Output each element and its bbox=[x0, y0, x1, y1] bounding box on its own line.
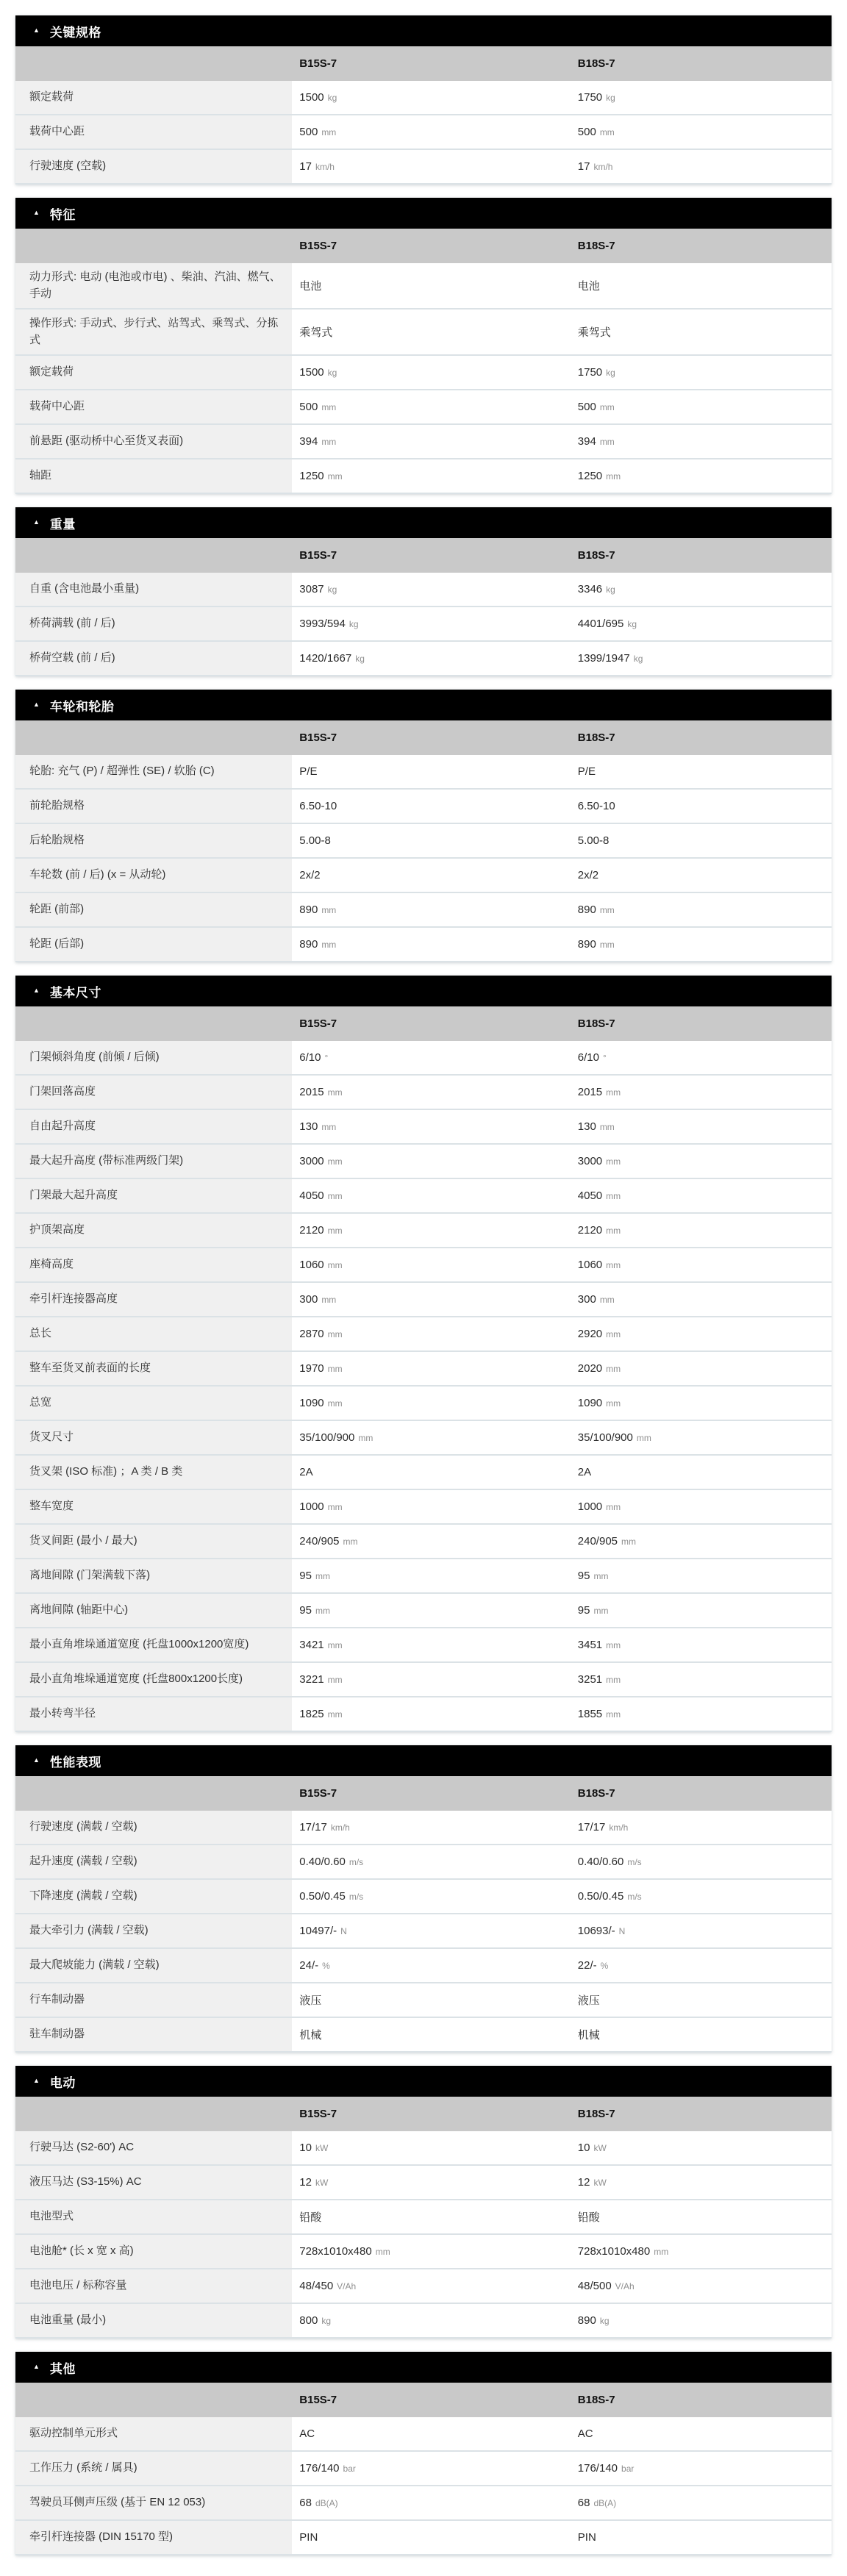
spec-value-model-2: 890mm bbox=[571, 893, 832, 926]
spec-label-cell: 驾驶员耳侧声压级 (基于 EN 12 053) bbox=[15, 2486, 292, 2519]
spec-label-cell: 最大牵引力 (满载 / 空载) bbox=[15, 1914, 292, 1947]
spec-label: 载荷中心距 bbox=[29, 398, 85, 415]
spec-row: 行驶马达 (S2-60') AC 10kW 10kW bbox=[15, 2131, 832, 2166]
collapse-arrow-icon: ▲ bbox=[33, 2078, 40, 2084]
spec-label-cell: 后轮胎规格 bbox=[15, 824, 292, 857]
column-header-model-2: B18S-7 bbox=[571, 538, 832, 573]
spec-label-cell: 最大爬坡能力 (满载 / 空载) bbox=[15, 1949, 292, 1982]
spec-value: 95 bbox=[299, 1570, 312, 1582]
spec-label: 货叉尺寸 bbox=[29, 1429, 74, 1446]
spec-label: 行车制动器 bbox=[29, 1992, 85, 2008]
spec-unit: mm bbox=[621, 1536, 636, 1547]
spec-row: 离地间隙 (轴距中心) 95mm 95mm bbox=[15, 1594, 832, 1628]
spec-label-cell: 牵引杆连接器高度 bbox=[15, 1283, 292, 1316]
spec-value: 95 bbox=[578, 1570, 590, 1582]
spec-row: 前悬距 (驱动桥中心至货叉表面) 394mm 394mm bbox=[15, 425, 832, 459]
spec-value: 1750 bbox=[578, 366, 602, 379]
spec-value-model-2: 2015mm bbox=[571, 1076, 832, 1109]
spec-unit: N bbox=[340, 1926, 347, 1936]
spec-unit: mm bbox=[606, 1398, 621, 1409]
spec-value-model-1: 1420/1667kg bbox=[292, 642, 571, 675]
spec-unit: mm bbox=[321, 127, 336, 137]
spec-value: 6/10 bbox=[299, 1051, 321, 1064]
spec-value-model-1: 4050mm bbox=[292, 1179, 571, 1212]
spec-row: 行驶速度 (空载) 17km/h 17km/h bbox=[15, 150, 832, 185]
column-header-row: B15S-7 B18S-7 bbox=[15, 2097, 832, 2131]
column-header-model-1: B15S-7 bbox=[292, 1776, 571, 1811]
section-rows: 轮胎: 充气 (P) / 超弹性 (SE) / 软胎 (C) P/E P/E 前… bbox=[15, 755, 832, 962]
spec-label-cell: 前轮胎规格 bbox=[15, 790, 292, 823]
spec-unit: % bbox=[322, 1961, 330, 1971]
spec-value-model-2: 机械 bbox=[571, 2018, 832, 2051]
spec-value: 300 bbox=[578, 1293, 596, 1306]
spec-unit: mm bbox=[600, 905, 615, 915]
spec-row: 总长 2870mm 2920mm bbox=[15, 1317, 832, 1352]
spec-value-model-1: 240/905mm bbox=[292, 1525, 571, 1558]
spec-row: 起升速度 (满载 / 空载) 0.40/0.60m/s 0.40/0.60m/s bbox=[15, 1845, 832, 1880]
spec-label-cell: 操作形式: 手动式、步行式、站驾式、乘驾式、分拣式 bbox=[15, 310, 292, 354]
spec-value: 394 bbox=[299, 435, 318, 448]
section-header[interactable]: ▲ 特征 bbox=[15, 198, 832, 229]
section-header[interactable]: ▲ 基本尺寸 bbox=[15, 976, 832, 1006]
section-title: 特征 bbox=[50, 204, 76, 223]
spec-label-cell: 电池舱* (长 x 宽 x 高) bbox=[15, 2235, 292, 2268]
spec-unit: V/Ah bbox=[615, 2281, 635, 2291]
spec-value: 1000 bbox=[578, 1500, 602, 1513]
section-header[interactable]: ▲ 关键规格 bbox=[15, 15, 832, 46]
spec-row: 轮胎: 充气 (P) / 超弹性 (SE) / 软胎 (C) P/E P/E bbox=[15, 755, 832, 790]
spec-value-model-2: 5.00-8 bbox=[571, 824, 832, 857]
spec-unit: kW bbox=[315, 2143, 328, 2153]
spec-row: 轮距 (后部) 890mm 890mm bbox=[15, 928, 832, 962]
spec-value: 890 bbox=[578, 904, 596, 916]
spec-value: 1420/1667 bbox=[299, 652, 351, 665]
spec-value: 2120 bbox=[578, 1224, 602, 1237]
spec-value-model-2: 10693/-N bbox=[571, 1914, 832, 1947]
spec-value-model-1: 890mm bbox=[292, 928, 571, 961]
spec-unit: mm bbox=[328, 471, 343, 482]
spec-value: 35/100/900 bbox=[578, 1431, 633, 1444]
spec-label-cell: 门架最大起升高度 bbox=[15, 1179, 292, 1212]
spec-row: 驾驶员耳侧声压级 (基于 EN 12 053) 68dB(A) 68dB(A) bbox=[15, 2486, 832, 2521]
spec-unit: mm bbox=[606, 1329, 621, 1339]
spec-value-model-2: 48/500V/Ah bbox=[571, 2269, 832, 2303]
spec-label: 操作形式: 手动式、步行式、站驾式、乘驾式、分拣式 bbox=[29, 315, 282, 348]
spec-value: 500 bbox=[578, 126, 596, 138]
spec-value-model-1: 电池 bbox=[292, 263, 571, 308]
spec-row: 牵引杆连接器高度 300mm 300mm bbox=[15, 1283, 832, 1317]
spec-value: 95 bbox=[578, 1604, 590, 1617]
spec-label: 自由起升高度 bbox=[29, 1118, 96, 1135]
spec-value-model-2: 铅酸 bbox=[571, 2200, 832, 2233]
spec-label: 动力形式: 电动 (电池或市电) 、柴油、汽油、燃气、手动 bbox=[29, 269, 282, 302]
spec-unit: kg bbox=[606, 93, 615, 103]
column-header-model-2: B18S-7 bbox=[571, 229, 832, 263]
column-header-spacer bbox=[15, 2097, 292, 2131]
spec-unit: kg bbox=[349, 619, 359, 629]
spec-unit: m/s bbox=[349, 1892, 363, 1902]
spec-unit: kg bbox=[627, 619, 637, 629]
spec-value: AC bbox=[578, 2427, 593, 2440]
spec-unit: m/s bbox=[627, 1892, 641, 1902]
spec-value-model-2: 300mm bbox=[571, 1283, 832, 1316]
spec-unit: dB(A) bbox=[315, 2498, 338, 2508]
spec-label: 驻车制动器 bbox=[29, 2026, 85, 2043]
spec-label-cell: 驻车制动器 bbox=[15, 2018, 292, 2051]
spec-unit: km/h bbox=[609, 1822, 628, 1833]
spec-value: 890 bbox=[578, 2314, 596, 2327]
spec-label-cell: 最小直角堆垛通道宽度 (托盘800x1200长度) bbox=[15, 1663, 292, 1696]
spec-value-model-2: 2120mm bbox=[571, 1214, 832, 1247]
spec-label-cell: 行驶速度 (空载) bbox=[15, 150, 292, 183]
spec-value: 3251 bbox=[578, 1673, 602, 1686]
spec-unit: kg bbox=[355, 654, 365, 664]
spec-value: 0.40/0.60 bbox=[578, 1856, 624, 1868]
spec-value: 240/905 bbox=[578, 1535, 618, 1548]
spec-value: 6/10 bbox=[578, 1051, 599, 1064]
spec-value: 240/905 bbox=[299, 1535, 339, 1548]
spec-value-model-1: 5.00-8 bbox=[292, 824, 571, 857]
spec-value: 1090 bbox=[578, 1397, 602, 1409]
spec-label-cell: 总宽 bbox=[15, 1387, 292, 1420]
spec-label: 最大爬坡能力 (满载 / 空载) bbox=[29, 1957, 160, 1974]
spec-unit: V/Ah bbox=[337, 2281, 356, 2291]
spec-value: 铅酸 bbox=[578, 2209, 600, 2225]
spec-unit: kg bbox=[328, 584, 337, 595]
spec-label-cell: 行驶马达 (S2-60') AC bbox=[15, 2131, 292, 2164]
spec-row: 液压马达 (S3-15%) AC 12kW 12kW bbox=[15, 2166, 832, 2200]
spec-unit: mm bbox=[654, 2247, 668, 2257]
spec-value-model-2: 17km/h bbox=[571, 150, 832, 183]
spec-value: 液压 bbox=[299, 1992, 321, 2008]
spec-row: 载荷中心距 500mm 500mm bbox=[15, 390, 832, 425]
spec-row: 工作压力 (系统 / 属具) 176/140bar 176/140bar bbox=[15, 2452, 832, 2486]
spec-label: 牵引杆连接器 (DIN 15170 型) bbox=[29, 2529, 173, 2546]
spec-label-cell: 离地间隙 (门架满载下落) bbox=[15, 1559, 292, 1592]
section-rows: 额定载荷 1500kg 1750kg 载荷中心距 500mm 500mm 行驶速… bbox=[15, 81, 832, 185]
spec-value: 0.40/0.60 bbox=[299, 1856, 346, 1868]
section-header[interactable]: ▲ 其他 bbox=[15, 2352, 832, 2383]
spec-row: 货叉尺寸 35/100/900mm 35/100/900mm bbox=[15, 1421, 832, 1456]
spec-row: 前轮胎规格 6.50-10 6.50-10 bbox=[15, 790, 832, 824]
spec-value: 394 bbox=[578, 435, 596, 448]
spec-row: 整车至货叉前表面的长度 1970mm 2020mm bbox=[15, 1352, 832, 1387]
spec-value: 1825 bbox=[299, 1708, 324, 1720]
spec-value-model-2: 1750kg bbox=[571, 81, 832, 114]
spec-row: 自由起升高度 130mm 130mm bbox=[15, 1110, 832, 1145]
spec-value: 机械 bbox=[299, 2027, 321, 2042]
column-header-spacer bbox=[15, 229, 292, 263]
spec-unit: mm bbox=[606, 471, 621, 482]
spec-unit: mm bbox=[321, 437, 336, 447]
spec-value-model-2: 22/-% bbox=[571, 1949, 832, 1982]
spec-label: 行驶速度 (满载 / 空载) bbox=[29, 1819, 137, 1836]
spec-value: 3421 bbox=[299, 1639, 324, 1651]
section-header[interactable]: ▲ 电动 bbox=[15, 2066, 832, 2097]
spec-value-model-1: 2015mm bbox=[292, 1076, 571, 1109]
spec-row: 自重 (含电池最小重量) 3087kg 3346kg bbox=[15, 573, 832, 607]
spec-row: 座椅高度 1060mm 1060mm bbox=[15, 1248, 832, 1283]
spec-label: 额定载荷 bbox=[29, 364, 74, 381]
section-title: 性能表现 bbox=[50, 1752, 101, 1770]
spec-row: 车轮数 (前 / 后) (x = 从动轮) 2x/2 2x/2 bbox=[15, 859, 832, 893]
spec-value: PIN bbox=[578, 2531, 596, 2544]
spec-value: 2A bbox=[578, 1466, 591, 1478]
column-header-model-2: B18S-7 bbox=[571, 720, 832, 755]
spec-unit: mm bbox=[606, 1260, 621, 1270]
spec-label: 桥荷满载 (前 / 后) bbox=[29, 615, 115, 632]
spec-value-model-1: 铅酸 bbox=[292, 2200, 571, 2233]
spec-value: 10693/- bbox=[578, 1925, 615, 1937]
spec-unit: mm bbox=[328, 1260, 343, 1270]
spec-value: 2920 bbox=[578, 1328, 602, 1340]
spec-unit: bar bbox=[343, 2464, 356, 2474]
column-header-row: B15S-7 B18S-7 bbox=[15, 1006, 832, 1041]
spec-unit: % bbox=[601, 1961, 609, 1971]
spec-unit: mm bbox=[321, 1122, 336, 1132]
spec-value: 890 bbox=[578, 938, 596, 951]
spec-unit: mm bbox=[321, 905, 336, 915]
spec-label-cell: 最大起升高度 (带标准两级门架) bbox=[15, 1145, 292, 1178]
spec-unit: mm bbox=[376, 2247, 390, 2257]
spec-label-cell: 门架回落高度 bbox=[15, 1076, 292, 1109]
spec-value-model-1: 95mm bbox=[292, 1559, 571, 1592]
spec-value: 500 bbox=[299, 401, 318, 413]
spec-label-cell: 驱动控制单元形式 bbox=[15, 2417, 292, 2450]
spec-value-model-2: 95mm bbox=[571, 1559, 832, 1592]
spec-value-model-2: 液压 bbox=[571, 1983, 832, 2017]
spec-label-cell: 轮距 (前部) bbox=[15, 893, 292, 926]
spec-value-model-1: 95mm bbox=[292, 1594, 571, 1627]
spec-label-cell: 下降速度 (满载 / 空载) bbox=[15, 1880, 292, 1913]
spec-value-model-2: 130mm bbox=[571, 1110, 832, 1143]
spec-unit: mm bbox=[328, 1640, 343, 1650]
spec-row: 下降速度 (满载 / 空载) 0.50/0.45m/s 0.50/0.45m/s bbox=[15, 1880, 832, 1914]
spec-value: 17/17 bbox=[578, 1821, 606, 1833]
spec-label: 桥荷空载 (前 / 后) bbox=[29, 650, 115, 667]
column-header-model-1: B15S-7 bbox=[292, 2383, 571, 2417]
spec-unit: mm bbox=[606, 1156, 621, 1167]
spec-value: 130 bbox=[299, 1120, 318, 1133]
spec-value-model-1: 500mm bbox=[292, 115, 571, 149]
spec-value-model-1: 液压 bbox=[292, 1983, 571, 2017]
spec-value-model-1: 1250mm bbox=[292, 459, 571, 493]
spec-value-model-2: P/E bbox=[571, 755, 832, 788]
spec-unit: kg bbox=[328, 368, 337, 378]
section-rows: 门架倾斜角度 (前倾 / 后倾) 6/10° 6/10° 门架回落高度 2015… bbox=[15, 1041, 832, 1732]
column-header-spacer bbox=[15, 2383, 292, 2417]
spec-label-cell: 液压马达 (S3-15%) AC bbox=[15, 2166, 292, 2199]
spec-row: 电池型式 铅酸 铅酸 bbox=[15, 2200, 832, 2235]
spec-value-model-2: 1399/1947kg bbox=[571, 642, 832, 675]
spec-value-model-2: 0.40/0.60m/s bbox=[571, 1845, 832, 1878]
spec-value: 10 bbox=[578, 2142, 590, 2154]
spec-value-model-2: 6.50-10 bbox=[571, 790, 832, 823]
spec-value-model-1: 2120mm bbox=[292, 1214, 571, 1247]
spec-label: 最小直角堆垛通道宽度 (托盘800x1200长度) bbox=[29, 1671, 243, 1688]
spec-value-model-1: 10kW bbox=[292, 2131, 571, 2164]
spec-unit: mm bbox=[600, 402, 615, 412]
spec-value-model-2: PIN bbox=[571, 2521, 832, 2554]
spec-value: P/E bbox=[299, 765, 317, 778]
column-header-spacer bbox=[15, 1006, 292, 1041]
column-header-row: B15S-7 B18S-7 bbox=[15, 720, 832, 755]
spec-label: 牵引杆连接器高度 bbox=[29, 1291, 118, 1308]
spec-value-model-1: 3087kg bbox=[292, 573, 571, 606]
spec-label: 前轮胎规格 bbox=[29, 798, 85, 815]
spec-value-model-2: 1000mm bbox=[571, 1490, 832, 1523]
spec-row: 总宽 1090mm 1090mm bbox=[15, 1387, 832, 1421]
spec-label-cell: 轴距 bbox=[15, 459, 292, 493]
spec-label: 驱动控制单元形式 bbox=[29, 2425, 118, 2442]
column-header-spacer bbox=[15, 720, 292, 755]
spec-section-1: ▲ 关键规格 B15S-7 B18S-7 额定载荷 1500kg 1750kg … bbox=[15, 15, 832, 185]
column-header-model-2: B18S-7 bbox=[571, 1776, 832, 1811]
spec-unit: mm bbox=[328, 1398, 343, 1409]
spec-value-model-1: 3421mm bbox=[292, 1628, 571, 1661]
spec-unit: mm bbox=[328, 1191, 343, 1201]
spec-value-model-2: 2x/2 bbox=[571, 859, 832, 892]
spec-section-4: ▲ 车轮和轮胎 B15S-7 B18S-7 轮胎: 充气 (P) / 超弹性 (… bbox=[15, 690, 832, 962]
spec-value-model-2: 4050mm bbox=[571, 1179, 832, 1212]
collapse-arrow-icon: ▲ bbox=[33, 27, 40, 34]
spec-row: 最小转弯半径 1825mm 1855mm bbox=[15, 1697, 832, 1732]
spec-value: 3993/594 bbox=[299, 618, 346, 630]
spec-row: 离地间隙 (门架满载下落) 95mm 95mm bbox=[15, 1559, 832, 1594]
spec-value-model-2: 3346kg bbox=[571, 573, 832, 606]
spec-value: 890 bbox=[299, 938, 318, 951]
spec-label: 电池型式 bbox=[29, 2208, 74, 2225]
spec-value-model-1: 2A bbox=[292, 1456, 571, 1489]
spec-unit: mm bbox=[328, 1329, 343, 1339]
spec-row: 轴距 1250mm 1250mm bbox=[15, 459, 832, 494]
spec-value: 35/100/900 bbox=[299, 1431, 354, 1444]
spec-row: 最小直角堆垛通道宽度 (托盘1000x1200宽度) 3421mm 3451mm bbox=[15, 1628, 832, 1663]
spec-label-cell: 载荷中心距 bbox=[15, 115, 292, 149]
spec-label: 电池电压 / 标称容量 bbox=[29, 2278, 127, 2294]
column-header-spacer bbox=[15, 1776, 292, 1811]
spec-value-model-2: 240/905mm bbox=[571, 1525, 832, 1558]
spec-value-model-1: 0.50/0.45m/s bbox=[292, 1880, 571, 1913]
column-header-model-2: B18S-7 bbox=[571, 46, 832, 81]
spec-label-cell: 轮距 (后部) bbox=[15, 928, 292, 961]
spec-row: 最大起升高度 (带标准两级门架) 3000mm 3000mm bbox=[15, 1145, 832, 1179]
column-header-model-1: B15S-7 bbox=[292, 1006, 571, 1041]
spec-label: 轮距 (前部) bbox=[29, 901, 84, 918]
spec-row: 电池舱* (长 x 宽 x 高) 728x1010x480mm 728x1010… bbox=[15, 2235, 832, 2269]
spec-unit: mm bbox=[321, 1295, 336, 1305]
spec-label-cell: 桥荷满载 (前 / 后) bbox=[15, 607, 292, 640]
section-header[interactable]: ▲ 车轮和轮胎 bbox=[15, 690, 832, 720]
spec-unit: mm bbox=[606, 1502, 621, 1512]
spec-row: 最大牵引力 (满载 / 空载) 10497/-N 10693/-N bbox=[15, 1914, 832, 1949]
spec-value-model-1: 1090mm bbox=[292, 1387, 571, 1420]
spec-label-cell: 最小直角堆垛通道宽度 (托盘1000x1200宽度) bbox=[15, 1628, 292, 1661]
spec-value-model-1: 机械 bbox=[292, 2018, 571, 2051]
spec-value: 4050 bbox=[299, 1189, 324, 1202]
spec-label-cell: 货叉架 (ISO 标准) ；A 类 / B 类 bbox=[15, 1456, 292, 1489]
spec-label: 最大牵引力 (满载 / 空载) bbox=[29, 1922, 149, 1939]
spec-unit: ° bbox=[324, 1053, 328, 1063]
spec-label: 总宽 bbox=[29, 1395, 51, 1412]
spec-value: 176/140 bbox=[578, 2462, 618, 2475]
spec-value-model-1: 6/10° bbox=[292, 1041, 571, 1074]
section-rows: 自重 (含电池最小重量) 3087kg 3346kg 桥荷满载 (前 / 后) … bbox=[15, 573, 832, 676]
spec-unit: kW bbox=[593, 2178, 606, 2188]
spec-unit: mm bbox=[328, 1675, 343, 1685]
spec-unit: kg bbox=[606, 584, 615, 595]
column-header-row: B15S-7 B18S-7 bbox=[15, 1776, 832, 1811]
section-header[interactable]: ▲ 性能表现 bbox=[15, 1745, 832, 1776]
spec-value-model-2: 10kW bbox=[571, 2131, 832, 2164]
spec-value: 17 bbox=[299, 160, 312, 173]
spec-value: 17 bbox=[578, 160, 590, 173]
spec-value-model-1: 12kW bbox=[292, 2166, 571, 2199]
spec-unit: mm bbox=[358, 1433, 373, 1443]
spec-unit: mm bbox=[328, 1226, 343, 1236]
column-header-model-1: B15S-7 bbox=[292, 229, 571, 263]
spec-row: 操作形式: 手动式、步行式、站驾式、乘驾式、分拣式 乘驾式 乘驾式 bbox=[15, 310, 832, 356]
spec-label-cell: 牵引杆连接器 (DIN 15170 型) bbox=[15, 2521, 292, 2554]
spec-label: 轮距 (后部) bbox=[29, 936, 84, 953]
spec-label: 门架回落高度 bbox=[29, 1084, 96, 1101]
spec-row: 额定载荷 1500kg 1750kg bbox=[15, 356, 832, 390]
spec-row: 后轮胎规格 5.00-8 5.00-8 bbox=[15, 824, 832, 859]
spec-value-model-1: 3993/594kg bbox=[292, 607, 571, 640]
collapse-arrow-icon: ▲ bbox=[33, 2364, 40, 2370]
section-title: 关键规格 bbox=[50, 22, 101, 40]
spec-unit: ° bbox=[603, 1053, 607, 1063]
spec-value-model-2: 12kW bbox=[571, 2166, 832, 2199]
spec-label: 车轮数 (前 / 后) (x = 从动轮) bbox=[29, 867, 165, 884]
spec-row: 整车宽度 1000mm 1000mm bbox=[15, 1490, 832, 1525]
spec-label-cell: 自重 (含电池最小重量) bbox=[15, 573, 292, 606]
spec-label: 后轮胎规格 bbox=[29, 832, 85, 849]
spec-row: 行驶速度 (满载 / 空载) 17/17km/h 17/17km/h bbox=[15, 1811, 832, 1845]
spec-value: 22/- bbox=[578, 1959, 597, 1972]
spec-row: 桥荷满载 (前 / 后) 3993/594kg 4401/695kg bbox=[15, 607, 832, 642]
spec-value-model-1: 728x1010x480mm bbox=[292, 2235, 571, 2268]
spec-value: 1750 bbox=[578, 91, 602, 104]
spec-value: 800 bbox=[299, 2314, 318, 2327]
spec-value-model-2: 1060mm bbox=[571, 1248, 832, 1281]
spec-value: 机械 bbox=[578, 2027, 600, 2042]
spec-value-model-1: 2x/2 bbox=[292, 859, 571, 892]
spec-row: 电池重量 (最小) 800kg 890kg bbox=[15, 2304, 832, 2339]
spec-label: 最小直角堆垛通道宽度 (托盘1000x1200宽度) bbox=[29, 1636, 249, 1653]
collapse-arrow-icon: ▲ bbox=[33, 210, 40, 216]
spec-value-model-2: 3251mm bbox=[571, 1663, 832, 1696]
spec-unit: mm bbox=[600, 940, 615, 950]
spec-unit: mm bbox=[606, 1226, 621, 1236]
spec-value-model-2: 890kg bbox=[571, 2304, 832, 2337]
spec-value-model-1: 0.40/0.60m/s bbox=[292, 1845, 571, 1878]
spec-label-cell: 整车至货叉前表面的长度 bbox=[15, 1352, 292, 1385]
spec-value: 500 bbox=[299, 126, 318, 138]
spec-value: AC bbox=[299, 2427, 315, 2440]
section-header[interactable]: ▲ 重量 bbox=[15, 507, 832, 538]
spec-row: 驱动控制单元形式 AC AC bbox=[15, 2417, 832, 2452]
section-rows: 驱动控制单元形式 AC AC 工作压力 (系统 / 属具) 176/140bar… bbox=[15, 2417, 832, 2555]
spec-label: 门架最大起升高度 bbox=[29, 1187, 118, 1204]
spec-unit: kg bbox=[634, 654, 643, 664]
spec-page: ▲ 关键规格 B15S-7 B18S-7 额定载荷 1500kg 1750kg … bbox=[0, 0, 847, 2576]
spec-value: 1855 bbox=[578, 1708, 602, 1720]
spec-section-6: ▲ 性能表现 B15S-7 B18S-7 行驶速度 (满载 / 空载) 17/1… bbox=[15, 1745, 832, 2053]
spec-value: 68 bbox=[578, 2497, 590, 2509]
spec-value-model-1: 35/100/900mm bbox=[292, 1421, 571, 1454]
spec-value-model-1: 10497/-N bbox=[292, 1914, 571, 1947]
